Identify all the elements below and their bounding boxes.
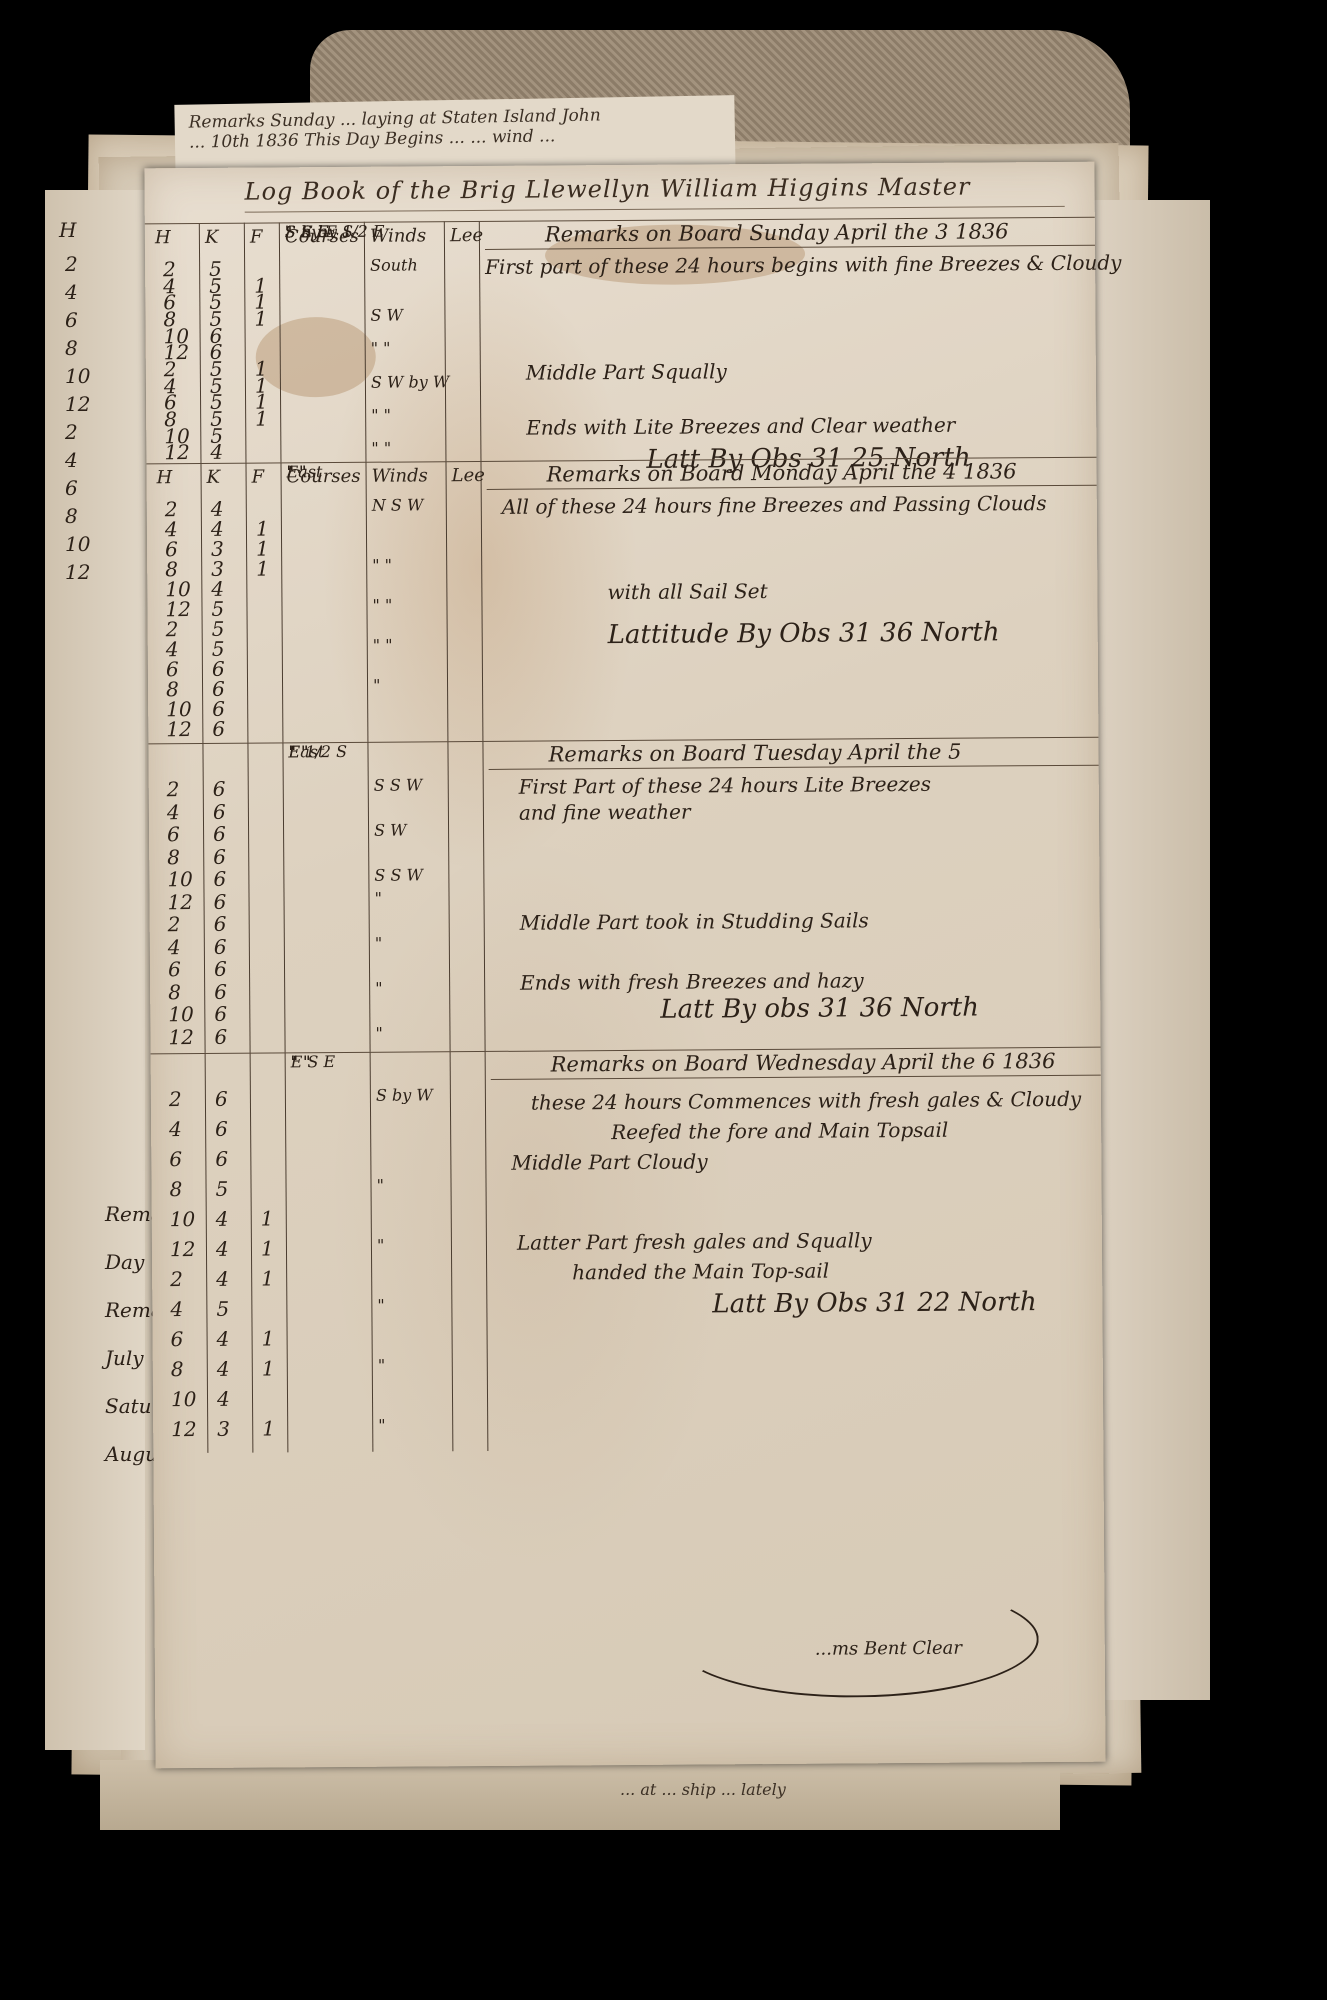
log-row-knots: 4 <box>210 440 223 464</box>
log-row-knots: 6 <box>213 867 226 891</box>
left-strip-hour: 6 <box>65 474 90 502</box>
log-row-wind: " <box>378 1356 385 1375</box>
log-row-hour: 12 <box>171 1417 197 1441</box>
log-row-knots: 6 <box>213 777 226 801</box>
log-row-knots: 6 <box>215 1147 228 1171</box>
column-header-winds: Winds <box>372 465 428 486</box>
log-row-wind: " <box>375 933 382 952</box>
log-row-knots: 4 <box>216 1207 229 1231</box>
log-row-hour: 2 <box>167 777 180 801</box>
log-row-fathoms: 1 <box>262 1356 275 1380</box>
log-row-course: " " <box>286 462 306 481</box>
left-strip-hour: 8 <box>65 334 90 362</box>
column-header-h: H <box>157 467 173 488</box>
log-row-knots: 4 <box>217 1357 230 1381</box>
entry-heading: Remarks on Board Sunday April the 3 1836 <box>545 219 1009 246</box>
log-row-hour: 6 <box>168 957 181 981</box>
column-rule <box>365 462 368 742</box>
log-row-wind: S S W <box>374 865 423 884</box>
column-header-k: K <box>205 227 219 248</box>
remark-line: Middle Part Cloudy <box>511 1149 707 1174</box>
column-rule <box>444 221 447 461</box>
log-row-fathoms: 1 <box>262 1416 275 1440</box>
left-strip-header: H <box>59 218 76 242</box>
column-header-k: K <box>207 467 221 488</box>
column-header-lee: Lee <box>450 225 483 246</box>
log-row-hour: 12 <box>167 890 193 914</box>
right-strip-page <box>1090 200 1210 1700</box>
log-row-wind: " <box>373 676 380 695</box>
log-row-hour: 2 <box>170 1267 183 1291</box>
remark-line: First part of these 24 hours begins with… <box>485 251 1121 279</box>
column-rule <box>445 461 448 741</box>
log-row-wind: S W by W <box>371 372 450 392</box>
log-row-knots: 6 <box>212 717 225 741</box>
log-row-hour: 12 <box>166 717 192 741</box>
log-row-wind: " " <box>373 636 393 655</box>
remark-line: Middle Part took in Studding Sails <box>520 908 869 934</box>
left-strip-hour: 4 <box>65 446 90 474</box>
log-row-knots: 6 <box>214 934 227 958</box>
log-row-fathoms: 1 <box>261 1236 274 1260</box>
log-row-hour: 12 <box>168 1025 194 1049</box>
log-row-hour: 2 <box>169 1087 182 1111</box>
left-strip-hour: 12 <box>65 390 90 418</box>
remark-line: Ends with Lite Breezes and Clear weather <box>526 413 955 440</box>
log-row-wind: N S W <box>372 495 424 514</box>
log-row-wind: S by W <box>376 1085 433 1104</box>
log-row-knots: 5 <box>216 1297 229 1321</box>
log-row-knots: 6 <box>213 822 226 846</box>
remark-line: Ends with fresh Breezes and hazy <box>520 968 864 994</box>
log-row-wind: " " <box>372 556 392 575</box>
log-row-wind: South <box>370 255 418 274</box>
log-row-fathoms: 1 <box>254 306 267 330</box>
remark-line: handed the Main Top-sail <box>572 1259 829 1285</box>
log-row-wind: S S W <box>374 775 423 794</box>
latitude-observation: Lattitude By Obs 31 36 North <box>608 617 1000 650</box>
log-row-hour: 8 <box>167 845 180 869</box>
log-row-wind: " <box>377 1236 384 1255</box>
log-row-knots: 6 <box>214 1002 227 1026</box>
log-entry: Remarks on Board Tuesday April the 526Ea… <box>148 737 1100 1054</box>
log-row-wind: S W <box>374 821 407 840</box>
remark-line: All of these 24 hours fine Breezes and P… <box>502 491 1047 519</box>
log-row-knots: 6 <box>215 1087 228 1111</box>
log-row-hour: 8 <box>168 980 181 1004</box>
left-strip-hour: 4 <box>65 278 90 306</box>
log-row-hour: 2 <box>168 912 181 936</box>
remark-line: and fine weather <box>519 800 691 825</box>
log-entry: HKFCoursesWindsLeeRemarks on Board Sunda… <box>145 217 1097 464</box>
log-row-wind: " " <box>371 339 391 358</box>
log-row-hour: 12 <box>170 1237 196 1261</box>
log-row-hour: 4 <box>169 1117 182 1141</box>
log-row-hour: 6 <box>167 822 180 846</box>
log-entry: HKFCoursesWindsLeeRemarks on Board Monda… <box>146 457 1098 744</box>
log-row-fathoms: 1 <box>255 406 268 430</box>
column-rule <box>282 742 285 1052</box>
bottom-note: ... at ... ship ... lately <box>620 1780 786 1799</box>
log-row-knots: 6 <box>213 799 226 823</box>
log-row-wind: " <box>376 1176 383 1195</box>
column-rule <box>280 462 283 742</box>
log-row-fathoms: 1 <box>261 1206 274 1230</box>
log-row-wind: " " <box>371 439 391 458</box>
log-row-wind: " " <box>372 596 392 615</box>
log-row-course: " <box>291 1052 298 1071</box>
remark-line: these 24 hours Commences with fresh gale… <box>531 1087 1081 1115</box>
log-row-fathoms: 1 <box>262 1326 275 1350</box>
latitude-observation: Latt By Obs 31 22 North <box>712 1287 1036 1319</box>
left-strip-hour: 2 <box>65 418 90 446</box>
log-row-course: " " <box>288 742 308 761</box>
remark-line: First Part of these 24 hours Lite Breeze… <box>519 772 931 799</box>
log-row-hour: 8 <box>171 1357 184 1381</box>
column-header-h: H <box>155 227 171 248</box>
remark-line: Middle Part Squally <box>526 359 727 384</box>
column-rule <box>447 741 450 1051</box>
remark-line: Latter Part fresh gales and Squally <box>517 1228 872 1254</box>
log-row-knots: 4 <box>217 1387 230 1411</box>
entry-heading: Remarks on Board Wednesday April the 6 1… <box>551 1049 1056 1077</box>
log-row-hour: 12 <box>164 440 190 464</box>
column-rule <box>482 741 485 1051</box>
log-row-hour: 4 <box>170 1297 183 1321</box>
log-row-wind: " <box>377 1296 384 1315</box>
log-row-knots: 6 <box>213 889 226 913</box>
column-rule <box>367 742 370 1052</box>
log-row-course: S by E 1/2 E <box>285 222 385 242</box>
log-row-hour: 10 <box>171 1387 197 1411</box>
log-row-knots: 6 <box>215 1117 228 1141</box>
log-row-wind: " " <box>371 406 391 425</box>
column-rule <box>199 223 202 463</box>
column-rule <box>450 1051 454 1451</box>
left-strip-hour: 2 <box>65 250 90 278</box>
entry-heading: Remarks on Board Tuesday April the 5 <box>548 740 961 767</box>
column-rule <box>279 222 282 462</box>
column-rule <box>480 461 483 741</box>
column-rule <box>200 463 203 743</box>
log-row-knots: 3 <box>217 1417 230 1441</box>
log-row-hour: 4 <box>167 800 180 824</box>
log-row-hour: 10 <box>170 1207 196 1231</box>
log-page: Log Book of the Brig Llewellyn William H… <box>144 162 1105 1769</box>
column-rule <box>202 743 205 1053</box>
page-title: Log Book of the Brig Llewellyn William H… <box>244 172 1064 213</box>
latitude-observation: Latt By obs 31 36 North <box>660 993 979 1025</box>
log-row-knots: 6 <box>214 912 227 936</box>
log-row-fathoms: 1 <box>256 556 269 580</box>
column-rule <box>364 222 367 462</box>
log-row-fathoms: 1 <box>261 1266 274 1290</box>
left-strip-hour: 10 <box>65 362 90 390</box>
column-rule <box>250 1053 254 1453</box>
left-strip-hour: 12 <box>65 558 90 586</box>
log-row-wind: " <box>378 1416 385 1435</box>
column-rule <box>247 743 250 1053</box>
left-strip-hour: 8 <box>65 502 90 530</box>
log-row-hour: 10 <box>168 1002 194 1026</box>
remark-line: Reefed the fore and Main Topsail <box>611 1118 948 1144</box>
left-strip-hour: 10 <box>65 530 90 558</box>
column-header-f: F <box>250 227 263 248</box>
left-strip-hours: 2468101224681012 <box>65 250 90 586</box>
column-rule <box>244 223 247 463</box>
left-strip-page: H 2468101224681012 RemaDayRemaJulySatuAu… <box>45 190 145 1750</box>
column-rule <box>285 1052 289 1452</box>
column-rule <box>205 1053 209 1453</box>
column-rule <box>245 463 248 743</box>
column-rule <box>370 1052 374 1452</box>
log-row-hour: 6 <box>169 1147 182 1171</box>
remark-line: with all Sail Set <box>607 579 767 604</box>
log-row-knots: 6 <box>213 844 226 868</box>
column-rule <box>479 221 482 461</box>
log-entry: Remarks on Board Wednesday April the 6 1… <box>151 1047 1104 1454</box>
bottom-page-edges: ... at ... ship ... lately <box>100 1760 1060 1830</box>
column-header-lee: Lee <box>452 465 485 486</box>
log-row-knots: 6 <box>214 957 227 981</box>
log-row-wind: S W <box>370 306 403 325</box>
log-row-course: " <box>285 222 292 241</box>
log-row-hour: 8 <box>169 1177 182 1201</box>
log-row-hour: 6 <box>171 1327 184 1351</box>
column-rule <box>485 1051 489 1451</box>
log-row-knots: 4 <box>216 1267 229 1291</box>
signature-text: ...ms Bent Clear <box>815 1638 962 1660</box>
log-row-knots: 6 <box>214 1024 227 1048</box>
log-row-hour: 4 <box>168 935 181 959</box>
log-row-hour: 10 <box>167 867 193 891</box>
log-row-knots: 4 <box>216 1237 229 1261</box>
log-row-knots: 4 <box>217 1327 230 1351</box>
log-row-knots: 5 <box>215 1177 228 1201</box>
log-row-wind: " <box>375 978 382 997</box>
log-row-wind: " <box>374 888 381 907</box>
column-header-f: F <box>252 467 265 488</box>
entry-heading: Remarks on Board Monday April the 4 1836 <box>546 459 1016 486</box>
log-row-knots: 6 <box>214 979 227 1003</box>
left-strip-hour: 6 <box>65 306 90 334</box>
log-row-wind: " <box>375 1023 382 1042</box>
